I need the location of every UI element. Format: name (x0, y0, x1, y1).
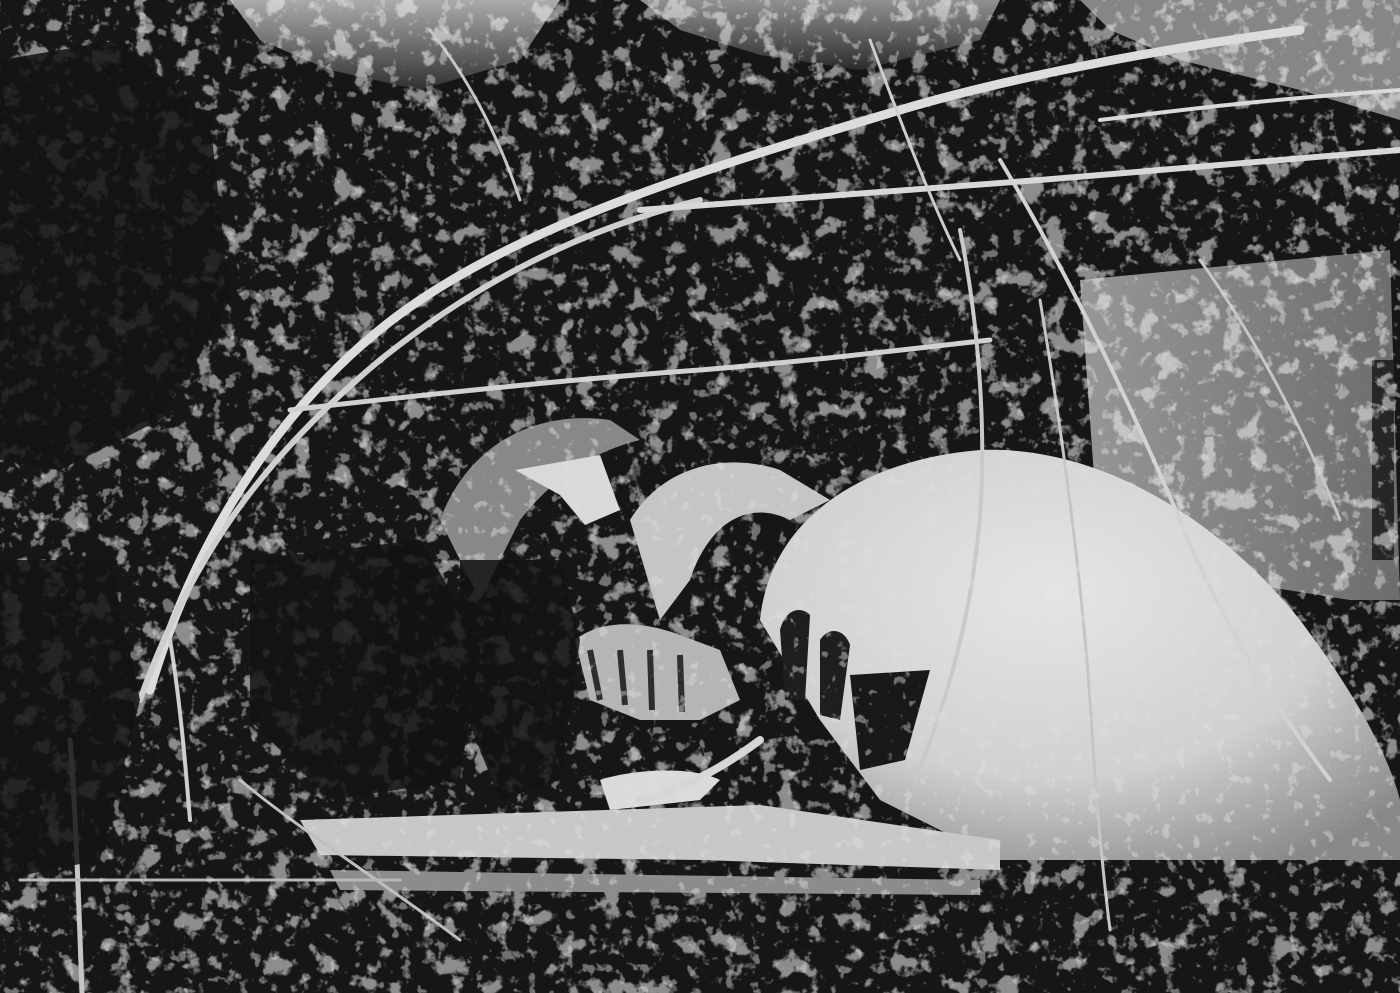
film-grain (0, 0, 1400, 993)
photograph (0, 0, 1400, 993)
wreckage-in-snowy-forest-scene (0, 0, 1400, 993)
